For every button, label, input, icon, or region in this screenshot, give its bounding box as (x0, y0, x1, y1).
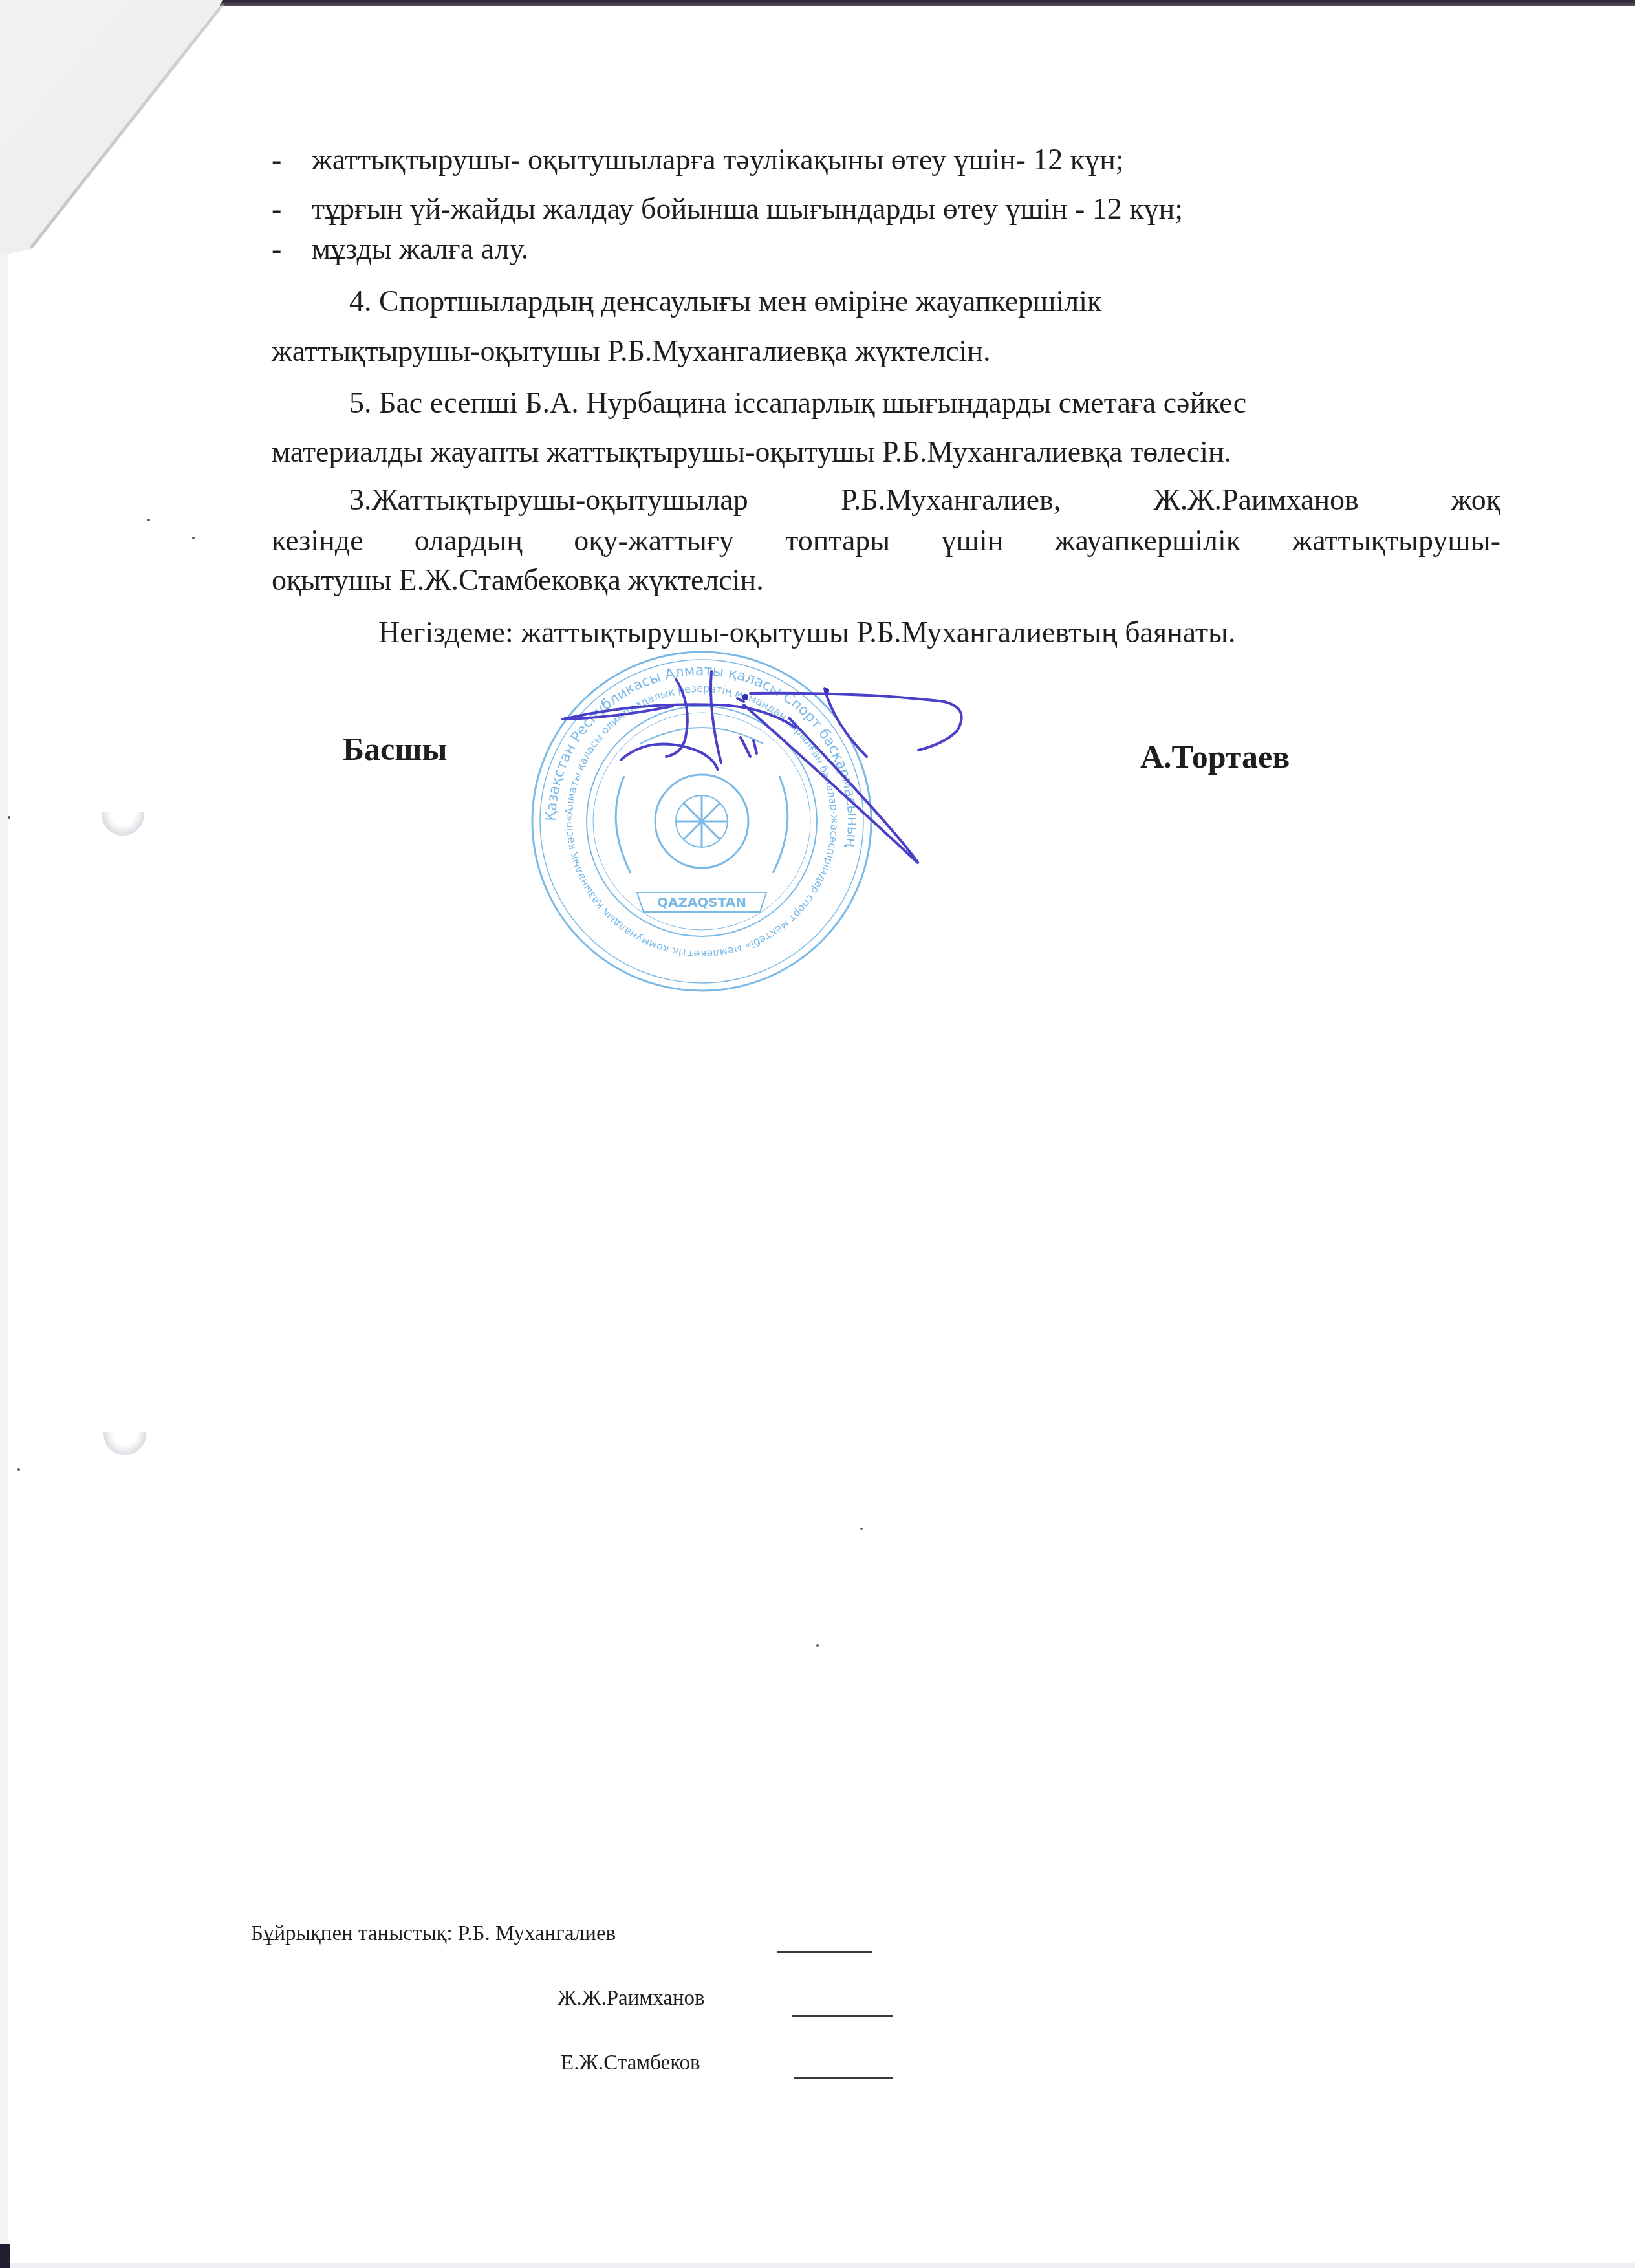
signature-blank[interactable] (794, 2077, 893, 2079)
item-3-line-1: 3.Жаттықтырушы-оқытушылар Р.Б.Мухангалие… (349, 482, 1500, 518)
signatory-name: А.Тортаев (1140, 737, 1290, 776)
bullet-marker: - (272, 191, 312, 227)
acknowledgement-label: Бұйрықпен таныстық: (251, 1922, 453, 1945)
bullet-marker: - (272, 231, 312, 267)
speck (147, 519, 150, 521)
scan-corner-mark (0, 2244, 10, 2268)
bullet-item: -мұзды жалға алу. (272, 231, 528, 267)
punch-hole (103, 1432, 146, 1455)
signature-blank[interactable] (777, 1951, 872, 1953)
acknowledgement-person: Е.Ж.Стамбеков (561, 2050, 700, 2076)
speck (192, 537, 195, 539)
bullet-marker: - (272, 142, 312, 178)
scan-bottom-edge (0, 2263, 1635, 2268)
item-3-line-2: кезінде олардың оқу-жаттығу топтары үшін… (272, 523, 1500, 559)
signature-blank[interactable] (792, 2015, 893, 2017)
item-5-line-2: материалды жауапты жаттықтырушы-оқытушы … (272, 434, 1231, 470)
bullet-text: жаттықтырушы- оқытушыларға тәулікақыны ө… (312, 143, 1124, 176)
item-5-line-1: 5. Бас есепші Б.А. Нурбацина іссапарлық … (349, 385, 1246, 421)
basis-line: Негіздеме: жаттықтырушы-оқытушы Р.Б.Муха… (378, 614, 1236, 651)
acknowledgement-row: Бұйрықпен таныстық: Р.Б. Мухангалиев (251, 1921, 616, 1947)
item-3-line-3: оқытушы Е.Ж.Стамбековқа жүктелсін. (272, 562, 764, 598)
scan-left-edge (0, 0, 8, 2268)
acknowledgement-person: Ж.Ж.Раимханов (558, 1985, 705, 2011)
speck (860, 1528, 863, 1530)
handwritten-signature (556, 666, 1061, 886)
item-4-line-2: жаттықтырушы-оқытушы Р.Б.Мухангалиевқа ж… (272, 333, 991, 369)
scan-top-edge (220, 0, 1635, 6)
bullet-item: -жаттықтырушы- оқытушыларға тәулікақыны … (272, 142, 1124, 178)
speck (8, 816, 10, 819)
bullet-text: мұзды жалға алу. (312, 232, 528, 265)
punch-hole (102, 812, 144, 836)
speck (17, 1468, 20, 1471)
bullet-item: -тұрғын үй-жайды жалдау бойынша шығындар… (272, 191, 1183, 227)
speck (816, 1644, 819, 1647)
signatory-title: Басшы (343, 729, 448, 768)
acknowledgement-person: Р.Б. Мухангалиев (458, 1922, 616, 1945)
stamp-emblem-text: QAZAQSTAN (657, 894, 746, 910)
item-4-line-1: 4. Спортшылардың денсаулығы мен өміріне … (349, 283, 1101, 319)
bullet-text: тұрғын үй-жайды жалдау бойынша шығындард… (312, 192, 1183, 225)
